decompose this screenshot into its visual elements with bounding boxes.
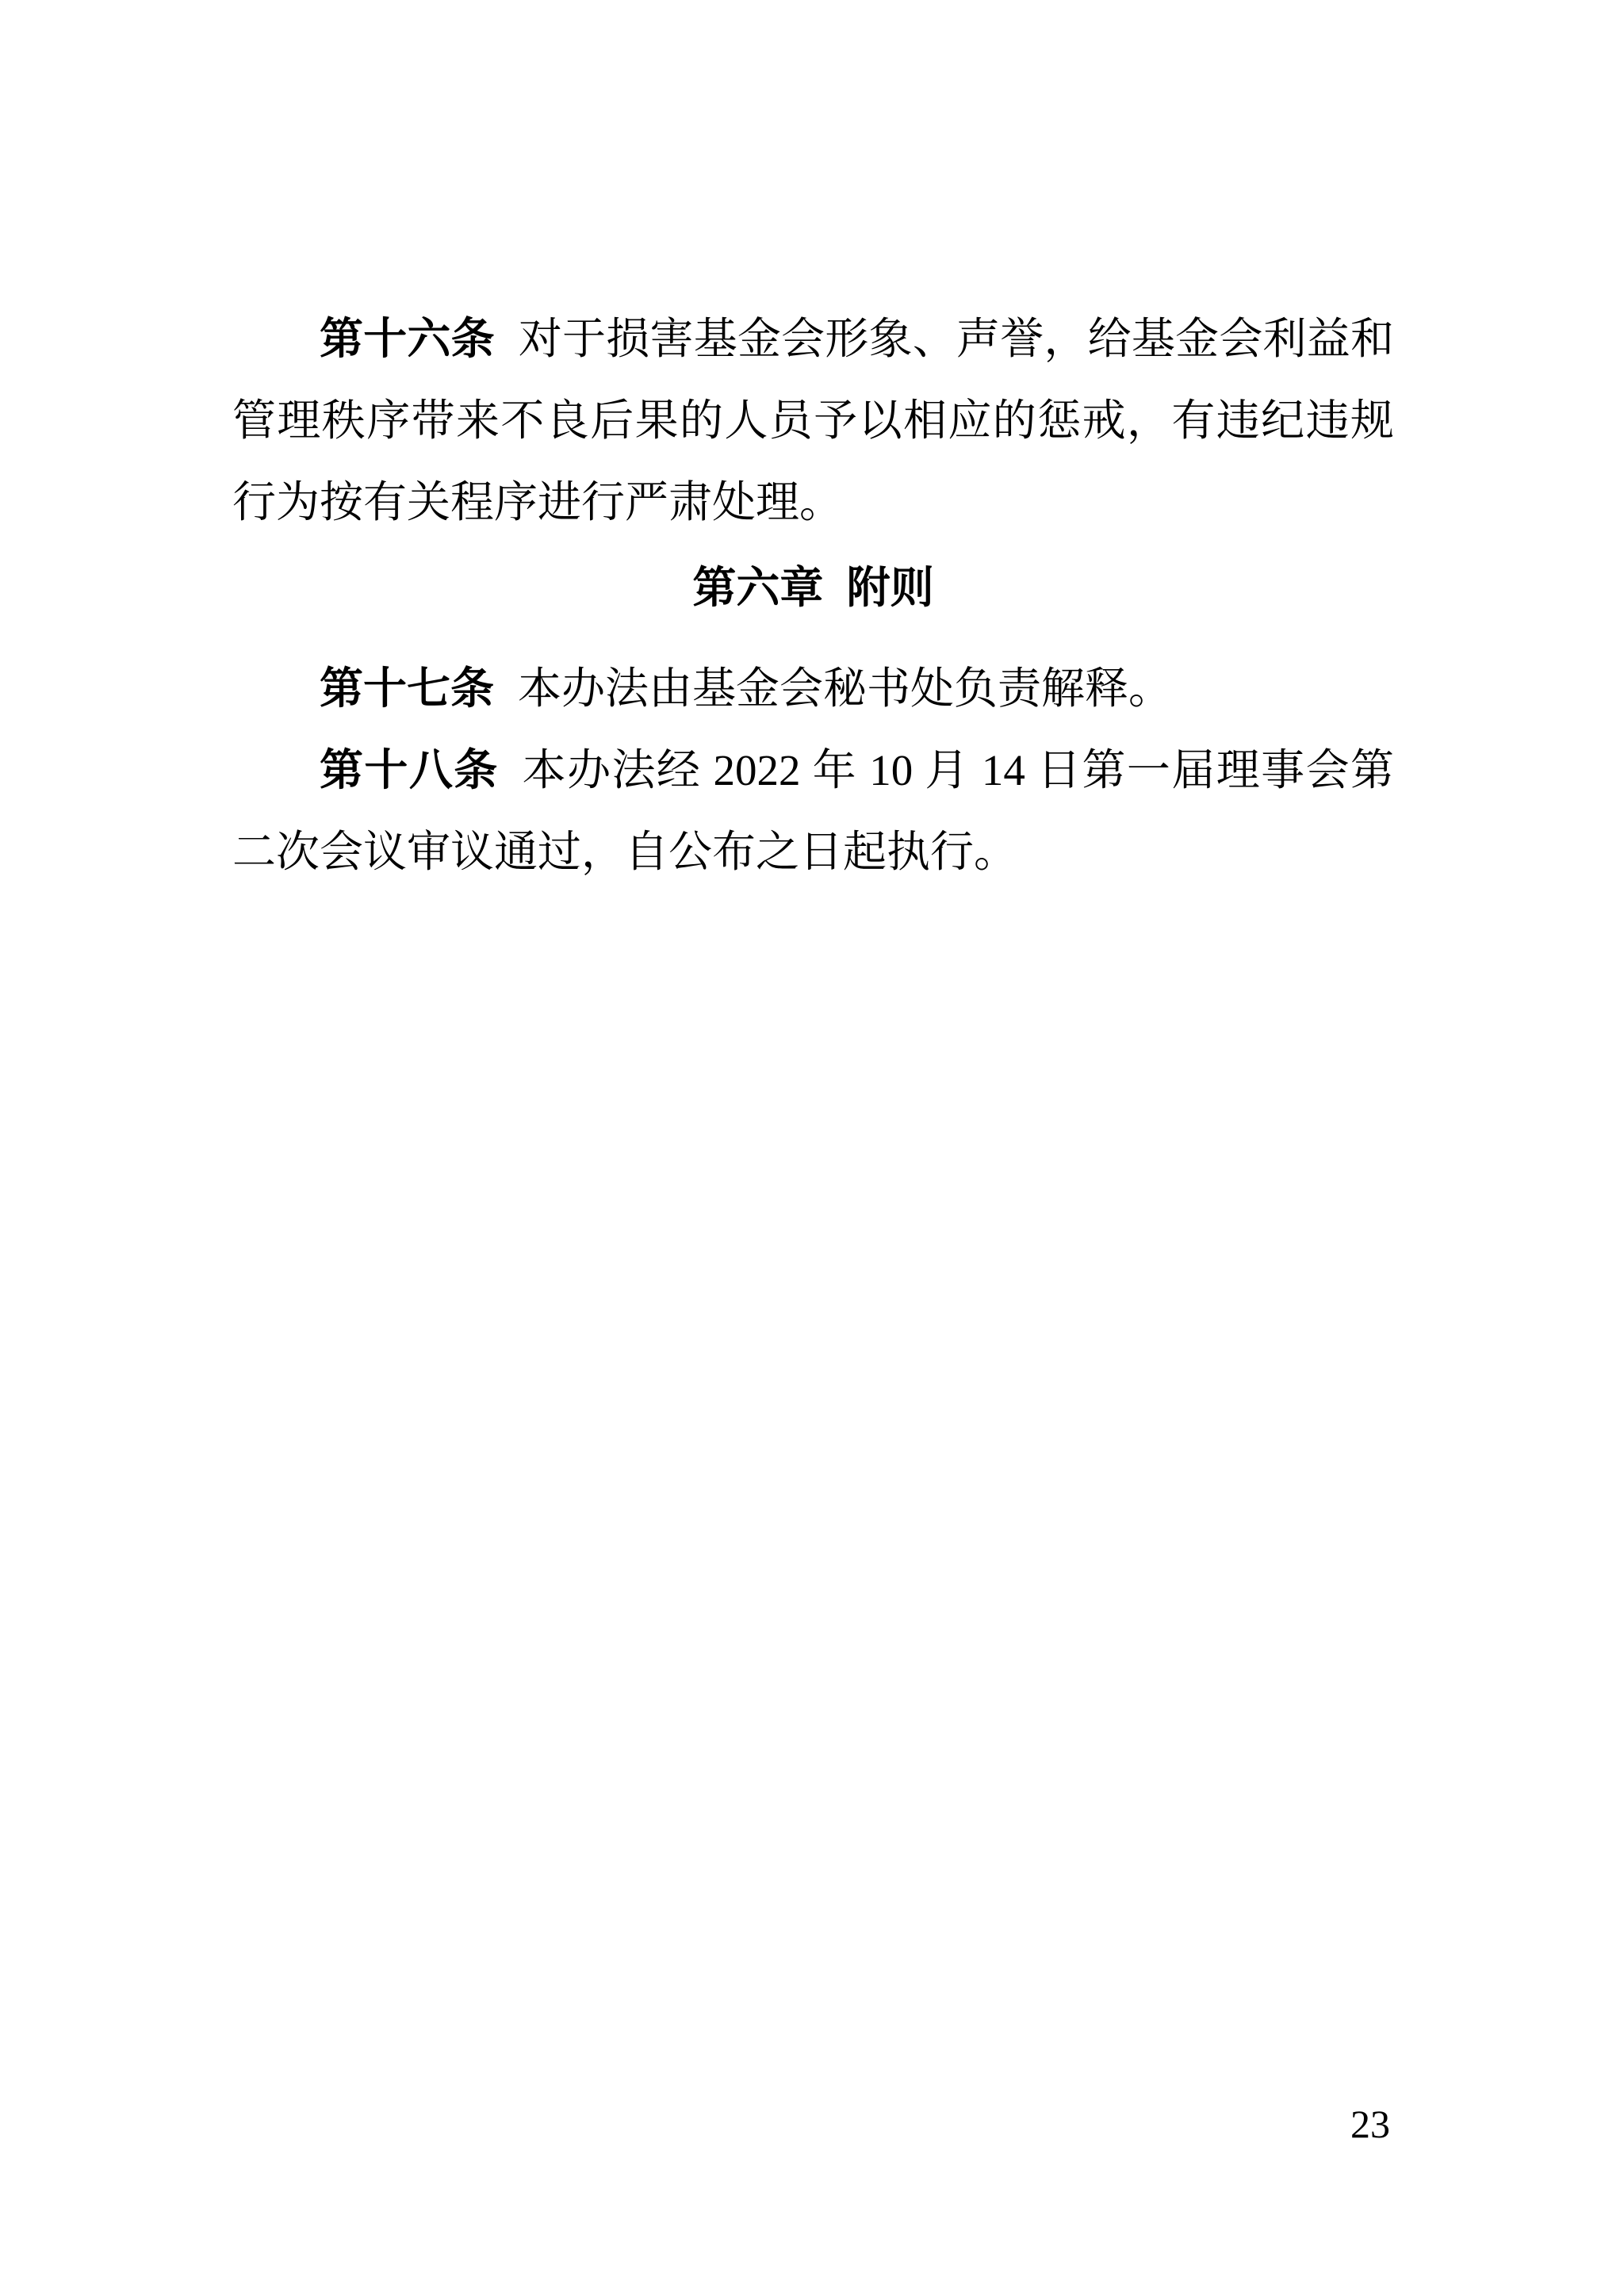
document-page: 第十六条对于损害基金会形象、声誉，给基金会利益和管理秩序带来不良后果的人员予以相… <box>0 0 1624 2296</box>
page-number: 23 <box>1350 2103 1390 2146</box>
article-18-paragraph: 第十八条本办法经 2022 年 10 月 14 日第一届理事会第二次会议审议通过… <box>232 729 1394 893</box>
article-17-label: 第十七条 <box>320 664 494 713</box>
chapter-6-heading: 第六章 附则 <box>232 547 1394 629</box>
article-18-label: 第十八条 <box>320 746 499 794</box>
document-content: 第十六条对于损害基金会形象、声誉，给基金会利益和管理秩序带来不良后果的人员予以相… <box>232 298 1394 893</box>
article-17-text: 本办法由基金会秘书处负责解释。 <box>518 664 1172 713</box>
article-16-paragraph: 第十六条对于损害基金会形象、声誉，给基金会利益和管理秩序带来不良后果的人员予以相… <box>232 298 1394 543</box>
article-16-label: 第十六条 <box>320 315 495 363</box>
article-17-paragraph: 第十七条本办法由基金会秘书处负责解释。 <box>232 648 1394 729</box>
